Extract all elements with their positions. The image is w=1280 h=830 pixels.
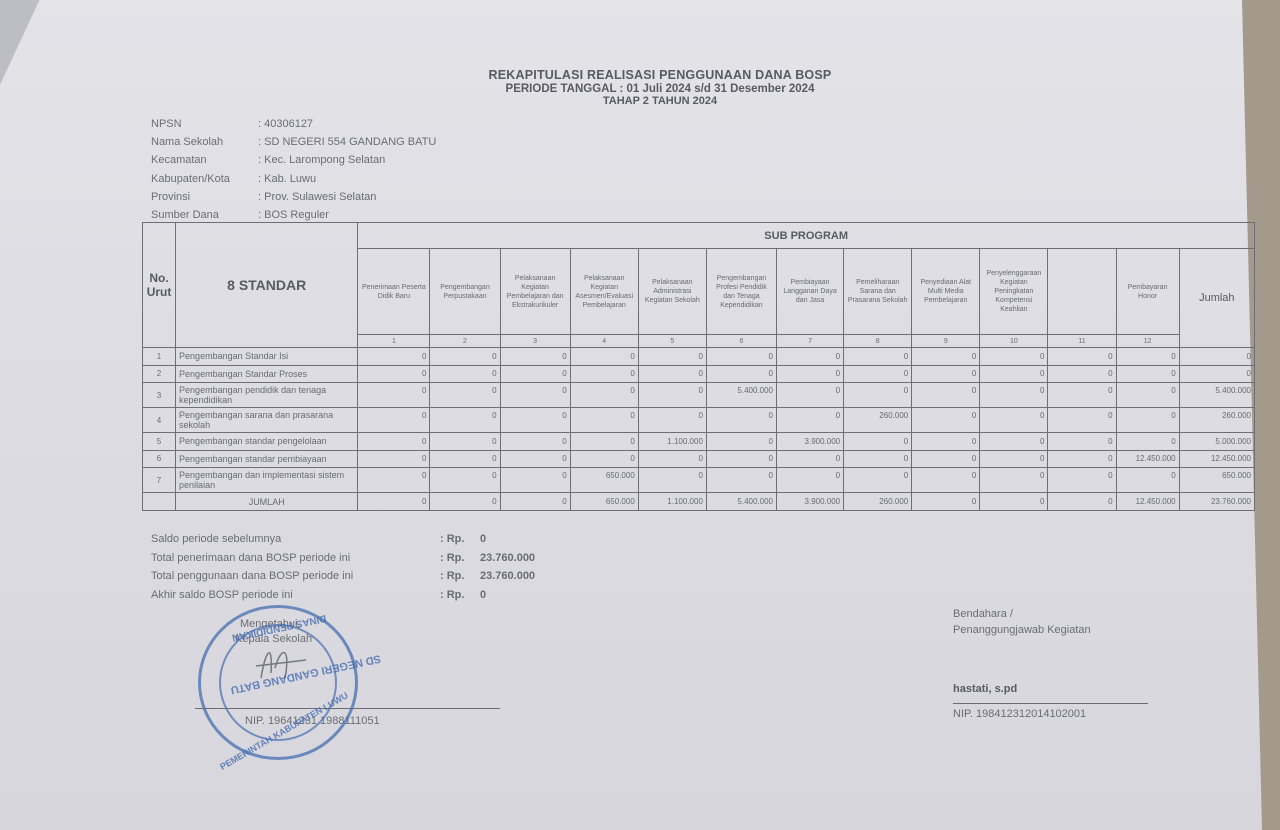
row-total: 12.450.000	[1179, 450, 1254, 468]
row-value: 0	[358, 468, 430, 493]
info-label: Provinsi	[151, 191, 258, 203]
document-period: PERIODE TANGGAL : 01 Juli 2024 s/d 31 De…	[450, 83, 870, 95]
row-standard-name: Pengembangan standar pembiayaan	[176, 450, 358, 468]
row-value: 0	[500, 450, 570, 468]
row-value: 0	[1116, 348, 1179, 366]
row-value: 0	[980, 408, 1048, 433]
summary-currency: : Rp.	[440, 533, 480, 545]
total-label: JUMLAH	[176, 493, 358, 511]
grand-total: 23.760.000	[1179, 493, 1254, 511]
summary-currency: : Rp.	[440, 570, 480, 582]
row-value: 0	[912, 383, 980, 408]
column-number: 5	[638, 335, 706, 348]
info-value: : Kec. Larompong Selatan	[258, 154, 385, 166]
row-value: 0	[570, 365, 638, 383]
column-number: 2	[430, 335, 500, 348]
row-value: 0	[358, 365, 430, 383]
table-row: 3Pengembangan pendidik dan tenaga kepend…	[143, 383, 1255, 408]
row-value: 0	[912, 433, 980, 451]
total-value: 1.100.000	[638, 493, 706, 511]
row-standard-name: Pengembangan pendidik dan tenaga kependi…	[176, 383, 358, 408]
row-value: 0	[777, 468, 844, 493]
row-value: 0	[430, 408, 500, 433]
info-value: : BOS Reguler	[258, 209, 329, 221]
row-number: 7	[143, 468, 176, 493]
summary-value: 0	[480, 589, 486, 601]
summary-value: 0	[480, 533, 486, 545]
row-total: 5.400.000	[1179, 383, 1254, 408]
recap-table: No. Urut 8 STANDAR SUB PROGRAM Penerimaa…	[142, 222, 1255, 511]
row-number: 5	[143, 433, 176, 451]
column-header: Pengembangan Perpustakaan	[430, 249, 500, 335]
row-value: 0	[844, 450, 912, 468]
table-row: 4Pengembangan sarana dan prasarana sekol…	[143, 408, 1255, 433]
row-value: 0	[358, 348, 430, 366]
row-number: 1	[143, 348, 176, 366]
row-value: 0	[638, 408, 706, 433]
signature-line	[953, 703, 1148, 704]
total-value: 0	[1048, 493, 1116, 511]
row-value: 0	[1048, 450, 1116, 468]
row-value: 0	[570, 383, 638, 408]
row-value: 0	[706, 408, 776, 433]
row-value: 0	[638, 348, 706, 366]
row-value: 0	[1116, 365, 1179, 383]
row-value: 5.400.000	[706, 383, 776, 408]
table-row: 1Pengembangan Standar Isi0000000000000	[143, 348, 1255, 366]
total-value: 12.450.000	[1116, 493, 1179, 511]
row-value: 0	[980, 365, 1048, 383]
summary-label: Saldo periode sebelumnya	[151, 533, 440, 545]
row-value: 0	[912, 450, 980, 468]
row-value: 0	[358, 383, 430, 408]
table-row: 2Pengembangan Standar Proses000000000000…	[143, 365, 1255, 383]
info-value: : SD NEGERI 554 GANDANG BATU	[258, 136, 436, 148]
row-value: 0	[500, 468, 570, 493]
summary-currency: : Rp.	[440, 552, 480, 564]
row-value: 12.450.000	[1116, 450, 1179, 468]
total-value: 0	[430, 493, 500, 511]
row-number: 2	[143, 365, 176, 383]
row-value: 0	[430, 365, 500, 383]
row-value: 0	[706, 348, 776, 366]
row-value: 0	[430, 450, 500, 468]
row-value: 0	[980, 450, 1048, 468]
row-value: 0	[500, 348, 570, 366]
row-value: 0	[638, 383, 706, 408]
treasurer-role-line1: Bendahara /	[953, 608, 1153, 624]
document-title: REKAPITULASI REALISASI PENGGUNAAN DANA B…	[450, 68, 870, 82]
row-value: 0	[1048, 383, 1116, 408]
paper-fold	[0, 0, 60, 110]
total-value: 0	[980, 493, 1048, 511]
row-standard-name: Pengembangan standar pengelolaan	[176, 433, 358, 451]
total-value: 3.900.000	[777, 493, 844, 511]
row-standard-name: Pengembangan Standar Isi	[176, 348, 358, 366]
column-number: 7	[777, 335, 844, 348]
row-value: 0	[1048, 408, 1116, 433]
row-value: 0	[638, 450, 706, 468]
column-header	[1048, 249, 1116, 335]
balance-summary: Saldo periode sebelumnya: Rp.0Total pene…	[151, 530, 535, 604]
row-value: 0	[570, 348, 638, 366]
row-value: 0	[1116, 408, 1179, 433]
summary-label: Akhir saldo BOSP periode ini	[151, 589, 440, 601]
summary-row: Saldo periode sebelumnya: Rp.0	[151, 530, 535, 549]
row-value: 0	[844, 365, 912, 383]
column-header: Pelaksanaan Kegiatan Pembelajaran dan Ek…	[500, 249, 570, 335]
row-value: 0	[358, 450, 430, 468]
summary-row: Total penerimaan dana BOSP periode ini: …	[151, 549, 535, 568]
row-value: 0	[358, 433, 430, 451]
signature-scribble-icon	[251, 638, 311, 688]
column-header: Pembiayaan Langganan Daya dan Jasa	[777, 249, 844, 335]
column-header: Pembayaran Honor	[1116, 249, 1179, 335]
row-number: 6	[143, 450, 176, 468]
column-number: 12	[1116, 335, 1179, 348]
table-row: 5Pengembangan standar pengelolaan00001.1…	[143, 433, 1255, 451]
row-total: 0	[1179, 365, 1254, 383]
column-header: Pengembangan Profesi Pendidik dan Tenaga…	[706, 249, 776, 335]
total-value: 5.400.000	[706, 493, 776, 511]
row-value: 0	[844, 383, 912, 408]
column-header: Penyelenggaraan Kegiatan Peningkatan Kom…	[980, 249, 1048, 335]
row-value: 260.000	[844, 408, 912, 433]
info-label: Sumber Dana	[151, 209, 258, 221]
document-header: REKAPITULASI REALISASI PENGGUNAAN DANA B…	[450, 68, 870, 107]
row-number: 3	[143, 383, 176, 408]
row-value: 0	[430, 433, 500, 451]
row-total: 260.000	[1179, 408, 1254, 433]
total-value: 0	[500, 493, 570, 511]
row-value: 0	[1116, 433, 1179, 451]
row-value: 0	[500, 408, 570, 433]
column-number: 11	[1048, 335, 1116, 348]
table-row: 6Pengembangan standar pembiayaan00000000…	[143, 450, 1255, 468]
row-number: 4	[143, 408, 176, 433]
row-value: 0	[777, 348, 844, 366]
info-label: NPSN	[151, 118, 258, 130]
row-value: 3.900.000	[777, 433, 844, 451]
treasurer-role-line2: Penanggungjawab Kegiatan	[953, 624, 1153, 640]
treasurer-name: hastati, s.pd	[953, 683, 1017, 695]
row-value: 1.100.000	[638, 433, 706, 451]
info-row: Nama Sekolah: SD NEGERI 554 GANDANG BATU	[151, 133, 436, 151]
row-value: 0	[430, 348, 500, 366]
column-number: 1	[358, 335, 430, 348]
total-value: 0	[358, 493, 430, 511]
row-value: 0	[777, 365, 844, 383]
row-value: 0	[500, 365, 570, 383]
column-header: Pemeliharaan Sarana dan Prasarana Sekola…	[844, 249, 912, 335]
row-value: 0	[706, 433, 776, 451]
total-value: 650.000	[570, 493, 638, 511]
column-number: 8	[844, 335, 912, 348]
header-sub-program: SUB PROGRAM	[358, 223, 1255, 249]
column-header: Penyediaan Alat Multi Media Pembelajaran	[912, 249, 980, 335]
info-label: Nama Sekolah	[151, 136, 258, 148]
column-number: 3	[500, 335, 570, 348]
header-jumlah: Jumlah	[1179, 249, 1254, 348]
row-value: 0	[706, 468, 776, 493]
info-row: Kecamatan: Kec. Larompong Selatan	[151, 151, 436, 169]
row-value: 0	[430, 383, 500, 408]
signature-treasurer: Bendahara / Penanggungjawab Kegiatan has…	[953, 608, 1153, 640]
row-value: 0	[844, 468, 912, 493]
column-header: Pelaksanaan Kegiatan Asesmen/Evaluasi Pe…	[570, 249, 638, 335]
row-value: 0	[430, 468, 500, 493]
column-number: 6	[706, 335, 776, 348]
row-value: 0	[706, 365, 776, 383]
row-value: 0	[844, 348, 912, 366]
info-value: : 40306127	[258, 118, 313, 130]
total-value: 0	[912, 493, 980, 511]
row-value: 0	[1116, 468, 1179, 493]
row-value: 0	[1048, 433, 1116, 451]
column-header: Penerimaan Peserta Didik Baru	[358, 249, 430, 335]
total-row-blank	[143, 493, 176, 511]
row-value: 0	[980, 433, 1048, 451]
info-value: : Prov. Sulawesi Selatan	[258, 191, 376, 203]
row-value: 0	[777, 383, 844, 408]
column-number: 4	[570, 335, 638, 348]
row-value: 0	[844, 433, 912, 451]
row-total: 650.000	[1179, 468, 1254, 493]
summary-row: Total penggunaan dana BOSP periode ini: …	[151, 567, 535, 586]
row-value: 0	[706, 450, 776, 468]
row-standard-name: Pengembangan sarana dan prasarana sekola…	[176, 408, 358, 433]
row-value: 0	[1048, 365, 1116, 383]
total-value: 260.000	[844, 493, 912, 511]
info-row: NPSN: 40306127	[151, 115, 436, 133]
row-value: 0	[570, 433, 638, 451]
row-value: 0	[570, 450, 638, 468]
total-row: JUMLAH000650.0001.100.0005.400.0003.900.…	[143, 493, 1255, 511]
table-row: 7Pengembangan dan implementasi sistem pe…	[143, 468, 1255, 493]
document-stage: TAHAP 2 TAHUN 2024	[450, 95, 870, 107]
school-stamp: DINAS PENDIDIKAN SD NEGERI GANDANG BATU …	[198, 605, 358, 760]
row-value: 0	[1116, 383, 1179, 408]
column-number: 10	[980, 335, 1048, 348]
column-number: 9	[912, 335, 980, 348]
column-header: Pelaksanaan Administrasi Kegiatan Sekola…	[638, 249, 706, 335]
header-no-urut: No. Urut	[143, 223, 176, 348]
row-value: 0	[912, 365, 980, 383]
row-value: 0	[980, 468, 1048, 493]
row-value: 650.000	[570, 468, 638, 493]
summary-value: 23.760.000	[480, 552, 535, 564]
row-total: 0	[1179, 348, 1254, 366]
row-value: 0	[912, 468, 980, 493]
row-value: 0	[500, 383, 570, 408]
summary-label: Total penggunaan dana BOSP periode ini	[151, 570, 440, 582]
row-value: 0	[1048, 348, 1116, 366]
row-value: 0	[358, 408, 430, 433]
summary-currency: : Rp.	[440, 589, 480, 601]
info-row: Kabupaten/Kota: Kab. Luwu	[151, 170, 436, 188]
header-8-standar: 8 STANDAR	[176, 223, 358, 348]
summary-label: Total penerimaan dana BOSP periode ini	[151, 552, 440, 564]
row-value: 0	[500, 433, 570, 451]
school-info: NPSN: 40306127Nama Sekolah: SD NEGERI 55…	[151, 115, 436, 224]
row-value: 0	[638, 468, 706, 493]
row-value: 0	[777, 408, 844, 433]
info-row: Provinsi: Prov. Sulawesi Selatan	[151, 188, 436, 206]
row-value: 0	[777, 450, 844, 468]
row-standard-name: Pengembangan dan implementasi sistem pen…	[176, 468, 358, 493]
info-label: Kabupaten/Kota	[151, 173, 258, 185]
summary-value: 23.760.000	[480, 570, 535, 582]
row-value: 0	[980, 348, 1048, 366]
row-value: 0	[980, 383, 1048, 408]
row-total: 5.000.000	[1179, 433, 1254, 451]
row-value: 0	[1048, 468, 1116, 493]
row-value: 0	[912, 408, 980, 433]
treasurer-nip: NIP. 198412312014102001	[953, 708, 1086, 720]
info-label: Kecamatan	[151, 154, 258, 166]
row-standard-name: Pengembangan Standar Proses	[176, 365, 358, 383]
row-value: 0	[912, 348, 980, 366]
info-value: : Kab. Luwu	[258, 173, 316, 185]
row-value: 0	[570, 408, 638, 433]
row-value: 0	[638, 365, 706, 383]
